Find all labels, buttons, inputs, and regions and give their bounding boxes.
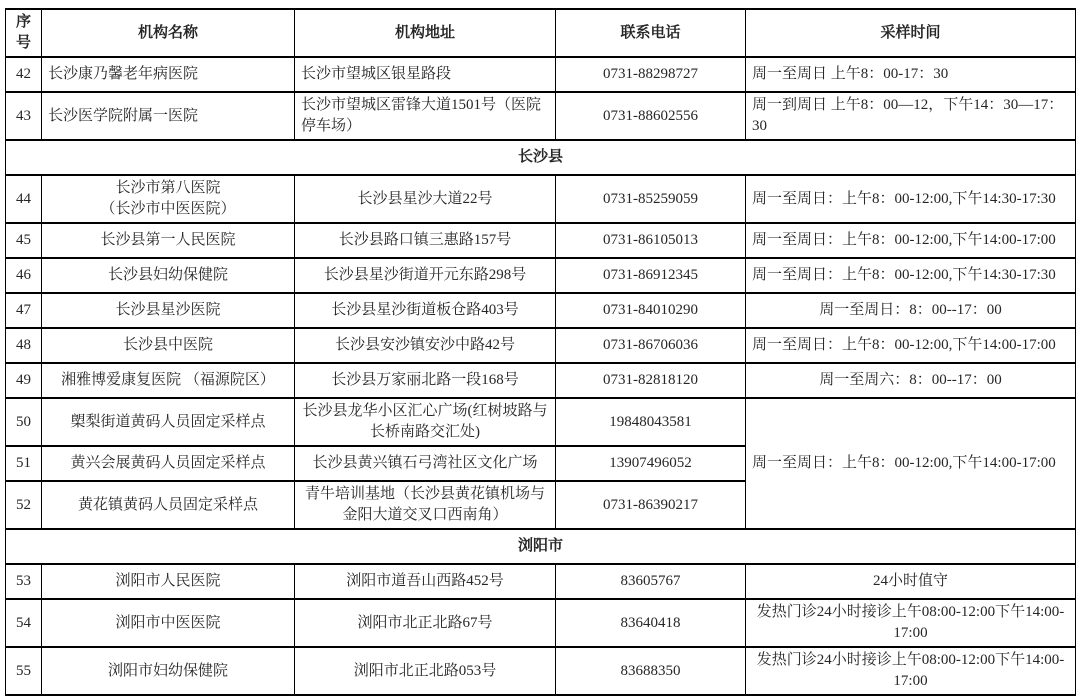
- section-row: 浏阳市: [6, 529, 1076, 564]
- cell-time: 周一至周日：上午8：00-12:00,下午14:30-17:30: [746, 258, 1076, 293]
- cell-name: 㮾梨街道黄码人员固定采样点: [42, 398, 295, 446]
- cell-address: 长沙县星沙街道开元东路298号: [295, 258, 556, 293]
- cell-time: 发热门诊24小时接诊上午08:00-12:00下午14:00-17:00: [746, 599, 1076, 647]
- cell-no: 49: [6, 363, 42, 398]
- table-row: 45长沙县第一人民医院长沙县路口镇三惠路157号0731-86105013周一至…: [6, 223, 1076, 258]
- cell-address: 长沙县安沙镇安沙中路42号: [295, 328, 556, 363]
- cell-name: 湘雅博爱康复医院 （福源院区）: [42, 363, 295, 398]
- cell-name: 浏阳市人民医院: [42, 564, 295, 599]
- cell-phone: 0731-82818120: [556, 363, 746, 398]
- cell-phone: 0731-85259059: [556, 175, 746, 223]
- table-row: 54浏阳市中医医院浏阳市北正北路67号83640418发热门诊24小时接诊上午0…: [6, 599, 1076, 647]
- cell-phone: 83688350: [556, 647, 746, 695]
- cell-address: 青牛培训基地（长沙县黄花镇机场与金阳大道交叉口西南角）: [295, 481, 556, 529]
- header-phone: 联系电话: [556, 9, 746, 57]
- cell-no: 55: [6, 647, 42, 695]
- cell-time: 周一至周日：上午8：00-12:00,下午14:00-17:00: [746, 398, 1076, 529]
- table-row: 50㮾梨街道黄码人员固定采样点长沙县龙华小区汇心广场(红树坡路与长桥南路交汇处)…: [6, 398, 1076, 446]
- cell-address: 长沙县星沙大道22号: [295, 175, 556, 223]
- cell-no: 44: [6, 175, 42, 223]
- cell-no: 51: [6, 446, 42, 481]
- cell-name: 长沙市第八医院 （长沙市中医医院）: [42, 175, 295, 223]
- cell-time: 24小时值守: [746, 564, 1076, 599]
- header-no: 序号: [6, 9, 42, 57]
- cell-phone: 0731-86706036: [556, 328, 746, 363]
- table-row: 42长沙康乃馨老年病医院长沙市望城区银星路段0731-88298727周一至周日…: [6, 57, 1076, 92]
- table-row: 47长沙县星沙医院长沙县星沙街道板仓路403号0731-84010290周一至周…: [6, 293, 1076, 328]
- section-row: 长沙县: [6, 140, 1076, 175]
- table-row: 49湘雅博爱康复医院 （福源院区）长沙县万家丽北路一段168号0731-8281…: [6, 363, 1076, 398]
- cell-name: 浏阳市中医医院: [42, 599, 295, 647]
- cell-no: 48: [6, 328, 42, 363]
- header-row: 序号 机构名称 机构地址 联系电话 采样时间: [6, 9, 1076, 57]
- cell-address: 长沙县黄兴镇石弓湾社区文化广场: [295, 446, 556, 481]
- table-row: 48长沙县中医院长沙县安沙镇安沙中路42号0731-86706036周一至周日：…: [6, 328, 1076, 363]
- cell-no: 45: [6, 223, 42, 258]
- cell-no: 43: [6, 92, 42, 140]
- cell-no: 47: [6, 293, 42, 328]
- cell-address: 长沙县万家丽北路一段168号: [295, 363, 556, 398]
- cell-phone: 0731-84010290: [556, 293, 746, 328]
- header-address: 机构地址: [295, 9, 556, 57]
- cell-no: 53: [6, 564, 42, 599]
- cell-phone: 0731-86390217: [556, 481, 746, 529]
- cell-time: 周一至周日：上午8：00-12:00,下午14:00-17:00: [746, 328, 1076, 363]
- table-row: 53浏阳市人民医院浏阳市道吾山西路452号8360576724小时值守: [6, 564, 1076, 599]
- cell-address: 长沙县星沙街道板仓路403号: [295, 293, 556, 328]
- page: 序号 机构名称 机构地址 联系电话 采样时间 42长沙康乃馨老年病医院长沙市望城…: [0, 0, 1080, 700]
- cell-name: 黄兴会展黄码人员固定采样点: [42, 446, 295, 481]
- header-time: 采样时间: [746, 9, 1076, 57]
- cell-name: 长沙县星沙医院: [42, 293, 295, 328]
- table-header: 序号 机构名称 机构地址 联系电话 采样时间: [6, 9, 1076, 57]
- cell-phone: 13907496052: [556, 446, 746, 481]
- table-row: 55浏阳市妇幼保健院浏阳市北正北路053号83688350发热门诊24小时接诊上…: [6, 647, 1076, 695]
- cell-phone: 83640418: [556, 599, 746, 647]
- cell-name: 长沙县中医院: [42, 328, 295, 363]
- cell-no: 52: [6, 481, 42, 529]
- cell-phone: 0731-86912345: [556, 258, 746, 293]
- table-row: 43长沙医学院附属一医院长沙市望城区雷锋大道1501号（医院停车场）0731-8…: [6, 92, 1076, 140]
- cell-name: 黄花镇黄码人员固定采样点: [42, 481, 295, 529]
- section-label: 浏阳市: [6, 529, 1076, 564]
- cell-name: 浏阳市妇幼保健院: [42, 647, 295, 695]
- cell-time: 周一到周日 上午8：00—12，下午14：30—17：30: [746, 92, 1076, 140]
- cell-name: 长沙医学院附属一医院: [42, 92, 295, 140]
- cell-phone: 19848043581: [556, 398, 746, 446]
- cell-address: 长沙县龙华小区汇心广场(红树坡路与长桥南路交汇处): [295, 398, 556, 446]
- table-body: 42长沙康乃馨老年病医院长沙市望城区银星路段0731-88298727周一至周日…: [6, 57, 1076, 695]
- cell-phone: 0731-86105013: [556, 223, 746, 258]
- header-name: 机构名称: [42, 9, 295, 57]
- cell-address: 长沙市望城区雷锋大道1501号（医院停车场）: [295, 92, 556, 140]
- section-label: 长沙县: [6, 140, 1076, 175]
- table-row: 44长沙市第八医院 （长沙市中医医院）长沙县星沙大道22号0731-852590…: [6, 175, 1076, 223]
- cell-phone: 83605767: [556, 564, 746, 599]
- cell-name: 长沙县第一人民医院: [42, 223, 295, 258]
- cell-phone: 0731-88602556: [556, 92, 746, 140]
- cell-no: 54: [6, 599, 42, 647]
- cell-no: 50: [6, 398, 42, 446]
- cell-address: 浏阳市北正北路67号: [295, 599, 556, 647]
- cell-no: 42: [6, 57, 42, 92]
- cell-address: 浏阳市北正北路053号: [295, 647, 556, 695]
- cell-no: 46: [6, 258, 42, 293]
- table-row: 46长沙县妇幼保健院长沙县星沙街道开元东路298号0731-86912345周一…: [6, 258, 1076, 293]
- cell-name: 长沙康乃馨老年病医院: [42, 57, 295, 92]
- cell-time: 周一至周日 上午8：00-17：30: [746, 57, 1076, 92]
- cell-phone: 0731-88298727: [556, 57, 746, 92]
- sampling-sites-table: 序号 机构名称 机构地址 联系电话 采样时间 42长沙康乃馨老年病医院长沙市望城…: [5, 8, 1076, 696]
- cell-time: 周一至周日：上午8：00-12:00,下午14:30-17:30: [746, 175, 1076, 223]
- cell-time: 周一至周日：上午8：00-12:00,下午14:00-17:00: [746, 223, 1076, 258]
- cell-address: 长沙县路口镇三惠路157号: [295, 223, 556, 258]
- cell-time: 周一至周日：8：00--17：00: [746, 293, 1076, 328]
- cell-time: 周一至周六：8：00--17：00: [746, 363, 1076, 398]
- cell-name: 长沙县妇幼保健院: [42, 258, 295, 293]
- cell-address: 长沙市望城区银星路段: [295, 57, 556, 92]
- cell-time: 发热门诊24小时接诊上午08:00-12:00下午14:00-17:00: [746, 647, 1076, 695]
- cell-address: 浏阳市道吾山西路452号: [295, 564, 556, 599]
